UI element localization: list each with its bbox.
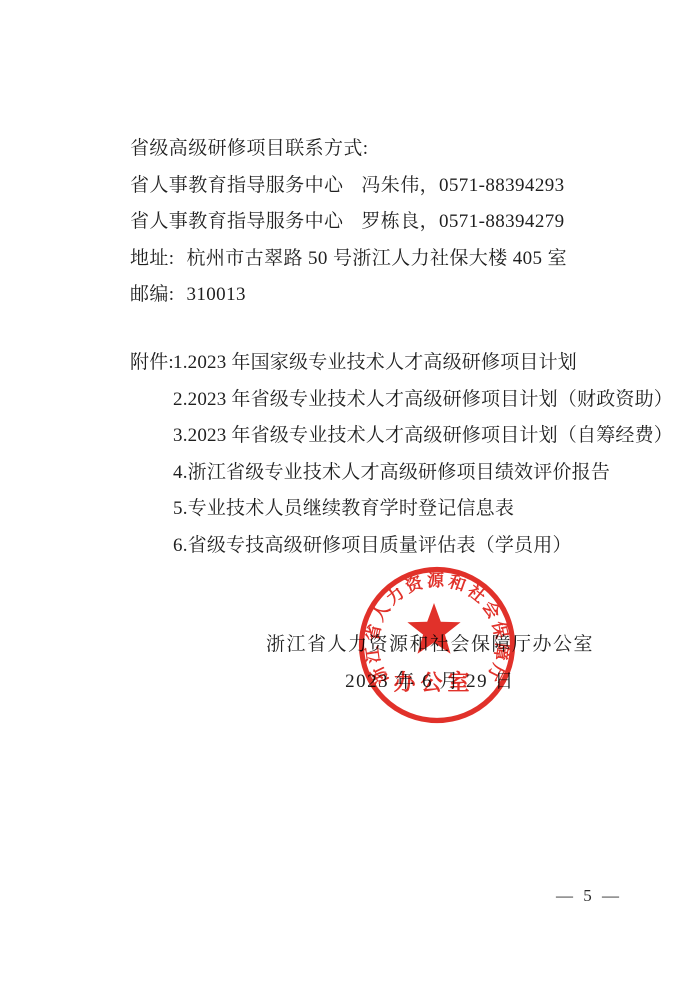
address-line: 地址:杭州市古翠路 50 号浙江人力社保大楼 405 室 <box>130 241 567 278</box>
contact-person-phone: 冯朱伟，0571-88394293 <box>361 175 564 196</box>
postcode-line: 邮编:310013 <box>130 277 567 314</box>
attachments-section: 附件: 1.2023 年国家级专业技术人才高级研修项目计划 2.2023 年省级… <box>130 345 690 564</box>
signature-date: 2023 年 6 月 29 日 <box>200 664 660 701</box>
page-number: — 5 — <box>556 886 622 906</box>
attachment-item: 1.2023 年国家级专业技术人才高级研修项目计划 <box>173 345 690 382</box>
signature-block: 浙江省人力资源和社会保障厅办公室 2023 年 6 月 29 日 <box>200 627 660 700</box>
org-name: 省人事教育指导服务中心 <box>130 175 343 196</box>
attachments-list: 1.2023 年国家级专业技术人才高级研修项目计划 2.2023 年省级专业技术… <box>173 345 690 564</box>
attachment-item: 4.浙江省级专业技术人才高级研修项目绩效评价报告 <box>173 455 690 492</box>
address-value: 杭州市古翠路 50 号浙江人力社保大楼 405 室 <box>186 248 567 269</box>
signature-org: 浙江省人力资源和社会保障厅办公室 <box>200 627 660 664</box>
contact-entry: 省人事教育指导服务中心罗栋良，0571-88394279 <box>130 204 567 241</box>
postcode-value: 310013 <box>186 284 245 305</box>
contact-entry: 省人事教育指导服务中心冯朱伟，0571-88394293 <box>130 168 567 205</box>
postcode-label: 邮编: <box>130 284 174 305</box>
attachments-label: 附件: <box>130 345 174 382</box>
attachment-item: 3.2023 年省级专业技术人才高级研修项目计划（自筹经费） <box>173 418 690 455</box>
contact-section: 省级高级研修项目联系方式: 省人事教育指导服务中心冯朱伟，0571-883942… <box>130 131 567 314</box>
attachment-item: 6.省级专技高级研修项目质量评估表（学员用） <box>173 528 690 565</box>
attachment-item: 5.专业技术人员继续教育学时登记信息表 <box>173 491 690 528</box>
contact-heading: 省级高级研修项目联系方式: <box>130 131 567 168</box>
attachment-item: 2.2023 年省级专业技术人才高级研修项目计划（财政资助） <box>173 382 690 419</box>
org-name: 省人事教育指导服务中心 <box>130 211 343 232</box>
address-label: 地址: <box>130 248 174 269</box>
document-page: 省级高级研修项目联系方式: 省人事教育指导服务中心冯朱伟，0571-883942… <box>0 0 700 989</box>
contact-person-phone: 罗栋良，0571-88394279 <box>361 211 564 232</box>
